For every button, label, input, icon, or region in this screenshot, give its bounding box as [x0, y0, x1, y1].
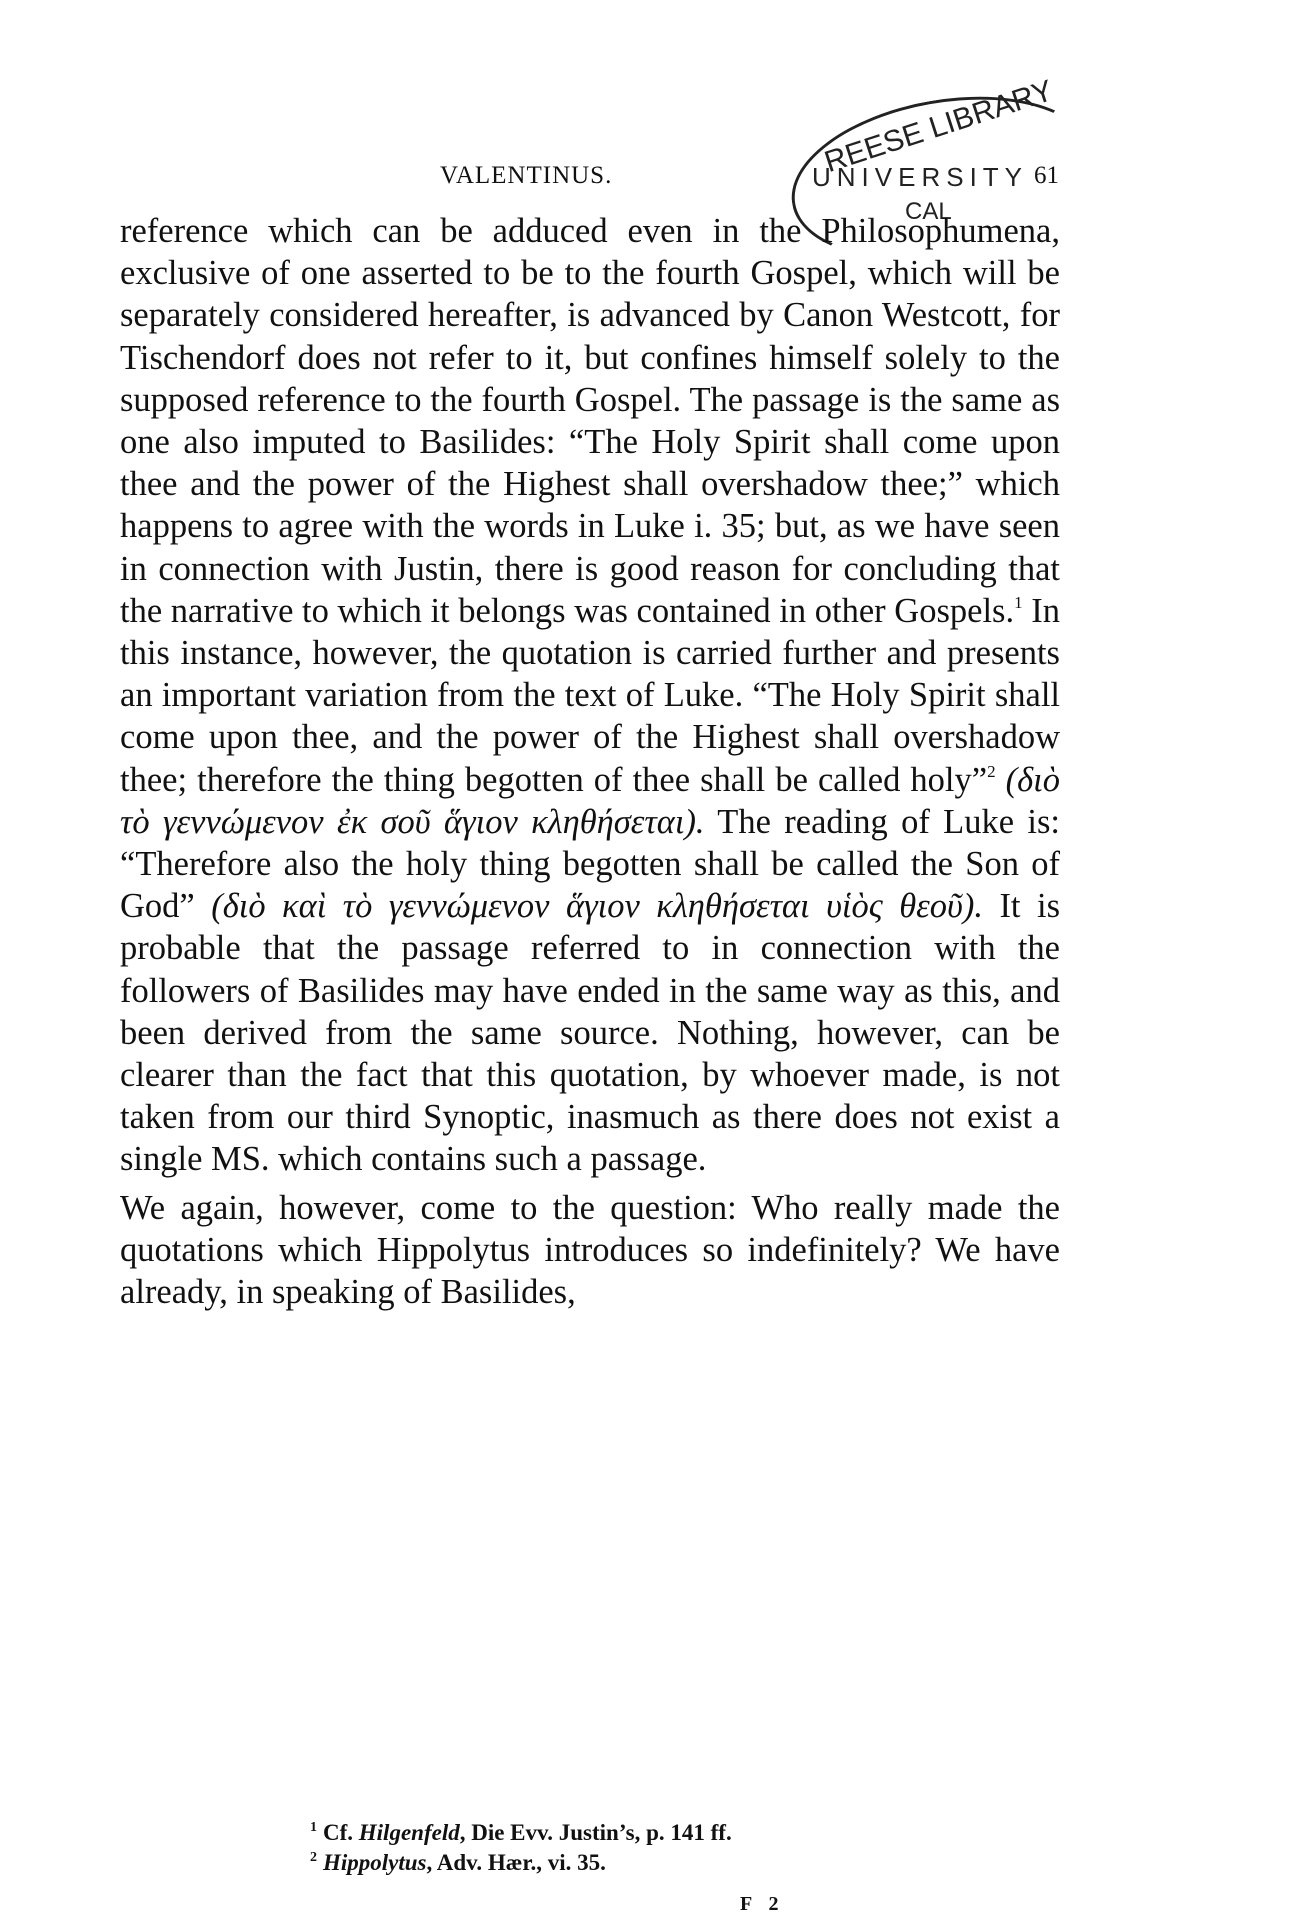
footnote-citation: , Die Evv. Justin’s, p. 141 ff.: [460, 1820, 732, 1845]
book-page: VALENTINUS. 61 REESE LIBRARY UNIVERSITY …: [0, 0, 1292, 1925]
footnote-marker: 2: [310, 1850, 317, 1865]
body-text: reference which can be adduced even in t…: [120, 210, 1060, 1313]
paragraph-1: reference which can be adduced even in t…: [120, 210, 1060, 1181]
footnote-ref-2: 2: [987, 762, 996, 781]
signature-mark: F 2: [740, 1893, 784, 1916]
paragraph-1-part4: It is probable that the passage referred…: [120, 887, 1060, 1178]
footnote-marker: 1: [310, 1820, 317, 1835]
greek-quotation-2: (διὸ καὶ τὸ γεννώμενον ἅγιον κληθήσεται …: [195, 887, 983, 925]
stamp-text-line2: UNIVERSITY: [812, 162, 1028, 193]
paragraph-2: We again, however, come to the question:…: [120, 1187, 1060, 1314]
footnote-author: Hippolytus: [323, 1850, 427, 1875]
footnote-1: 1Cf. Hilgenfeld, Die Evv. Justin’s, p. 1…: [310, 1818, 1030, 1848]
footnotes: 1Cf. Hilgenfeld, Die Evv. Justin’s, p. 1…: [310, 1818, 1030, 1878]
running-head: VALENTINUS.: [440, 162, 612, 190]
footnote-citation: , Adv. Hær., vi. 35.: [427, 1850, 606, 1875]
footnote-ref-1: 1: [1014, 593, 1023, 612]
footnote-prefix: Cf.: [323, 1820, 359, 1845]
footnote-2: 2Hippolytus, Adv. Hær., vi. 35.: [310, 1848, 1030, 1878]
footnote-author: Hilgenfeld: [359, 1820, 460, 1845]
paragraph-1-part1: reference which can be adduced even in t…: [120, 212, 1060, 630]
